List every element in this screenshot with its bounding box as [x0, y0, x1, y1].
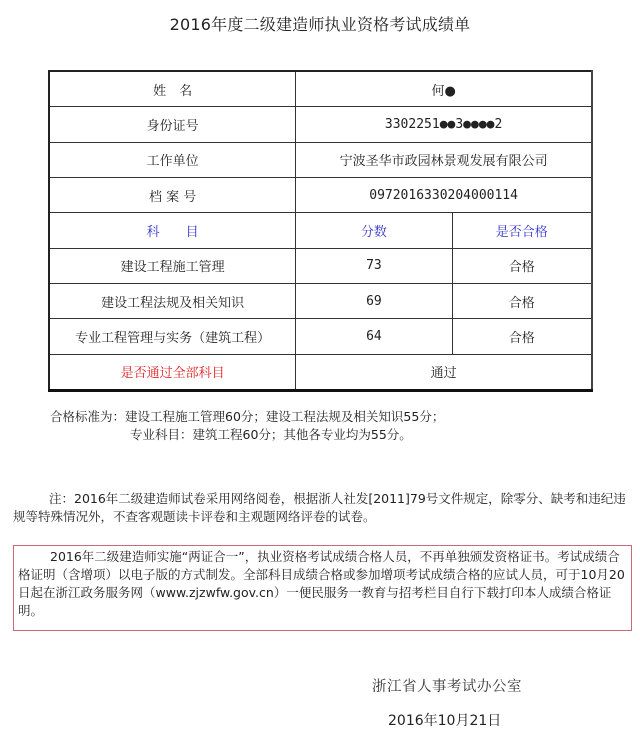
table-row-id: 身份证号 3302251●●3●●●●2 [49, 107, 592, 142]
document-title: 2016年度二级建造师执业资格考试成绩单 [0, 12, 640, 35]
value-id-number: 3302251●●3●●●●2 [296, 107, 592, 142]
overall-row: 是否通过全部科目 通过 [49, 354, 592, 390]
table-row-file-number: 档 案 号 0972016330204000114 [49, 177, 592, 212]
value-name: 何● [296, 71, 592, 107]
label-id-number: 身份证号 [49, 107, 296, 142]
overall-value: 通过 [296, 354, 592, 390]
header-passed: 是否合格 [452, 213, 592, 248]
table-row-employer: 工作单位 宁波圣华市政园林景观发展有限公司 [49, 142, 592, 177]
score-table: 姓 名 何● 身份证号 3302251●●3●●●●2 工作单位 宁波圣华市政园… [48, 70, 593, 392]
value-file-number: 0972016330204000114 [296, 177, 592, 212]
subject-cell: 建设工程法规及相关知识 [49, 283, 296, 318]
notice-text: 2016年二级建造师实施“两证合一”，执业资格考试成绩合格人员，不再单独颁发资格… [18, 548, 627, 620]
header-score: 分数 [296, 213, 452, 248]
passed-cell: 合格 [452, 319, 592, 354]
passing-standard-line1: 合格标准为：建设工程施工管理60分；建设工程法规及相关知识55分； [50, 408, 444, 426]
passing-standard: 合格标准为：建设工程施工管理60分；建设工程法规及相关知识55分； 专业科目：建… [50, 408, 444, 444]
score-cell: 73 [296, 248, 452, 283]
scores-header-row: 科 目 分数 是否合格 [49, 213, 592, 248]
passed-cell: 合格 [452, 248, 592, 283]
label-file-number: 档 案 号 [49, 177, 296, 212]
score-cell: 64 [296, 319, 452, 354]
value-employer: 宁波圣华市政园林景观发展有限公司 [296, 142, 592, 177]
issue-date: 2016年10月21日 [388, 710, 501, 730]
passed-cell: 合格 [452, 283, 592, 318]
notice-box: 2016年二级建造师实施“两证合一”，执业资格考试成绩合格人员，不再单独颁发资格… [13, 545, 632, 631]
subject-cell: 建设工程施工管理 [49, 248, 296, 283]
table-row: 建设工程施工管理 73 合格 [49, 248, 592, 283]
subject-cell: 专业工程管理与实务（建筑工程） [49, 319, 296, 354]
table-row: 建设工程法规及相关知识 69 合格 [49, 283, 592, 318]
header-subject: 科 目 [49, 213, 296, 248]
note-paragraph: 注：2016年二级建造师试卷采用网络阅卷，根据浙人社发[2011]79号文件规定… [13, 490, 628, 526]
table-row-name: 姓 名 何● [49, 71, 592, 107]
table-row: 专业工程管理与实务（建筑工程） 64 合格 [49, 319, 592, 354]
passing-standard-line2: 专业科目：建筑工程60分；其他各专业均为55分。 [50, 426, 444, 444]
overall-label: 是否通过全部科目 [49, 354, 296, 390]
label-employer: 工作单位 [49, 142, 296, 177]
label-name: 姓 名 [49, 71, 296, 107]
issuing-organization: 浙江省人事考试办公室 [372, 675, 522, 696]
score-cell: 69 [296, 283, 452, 318]
